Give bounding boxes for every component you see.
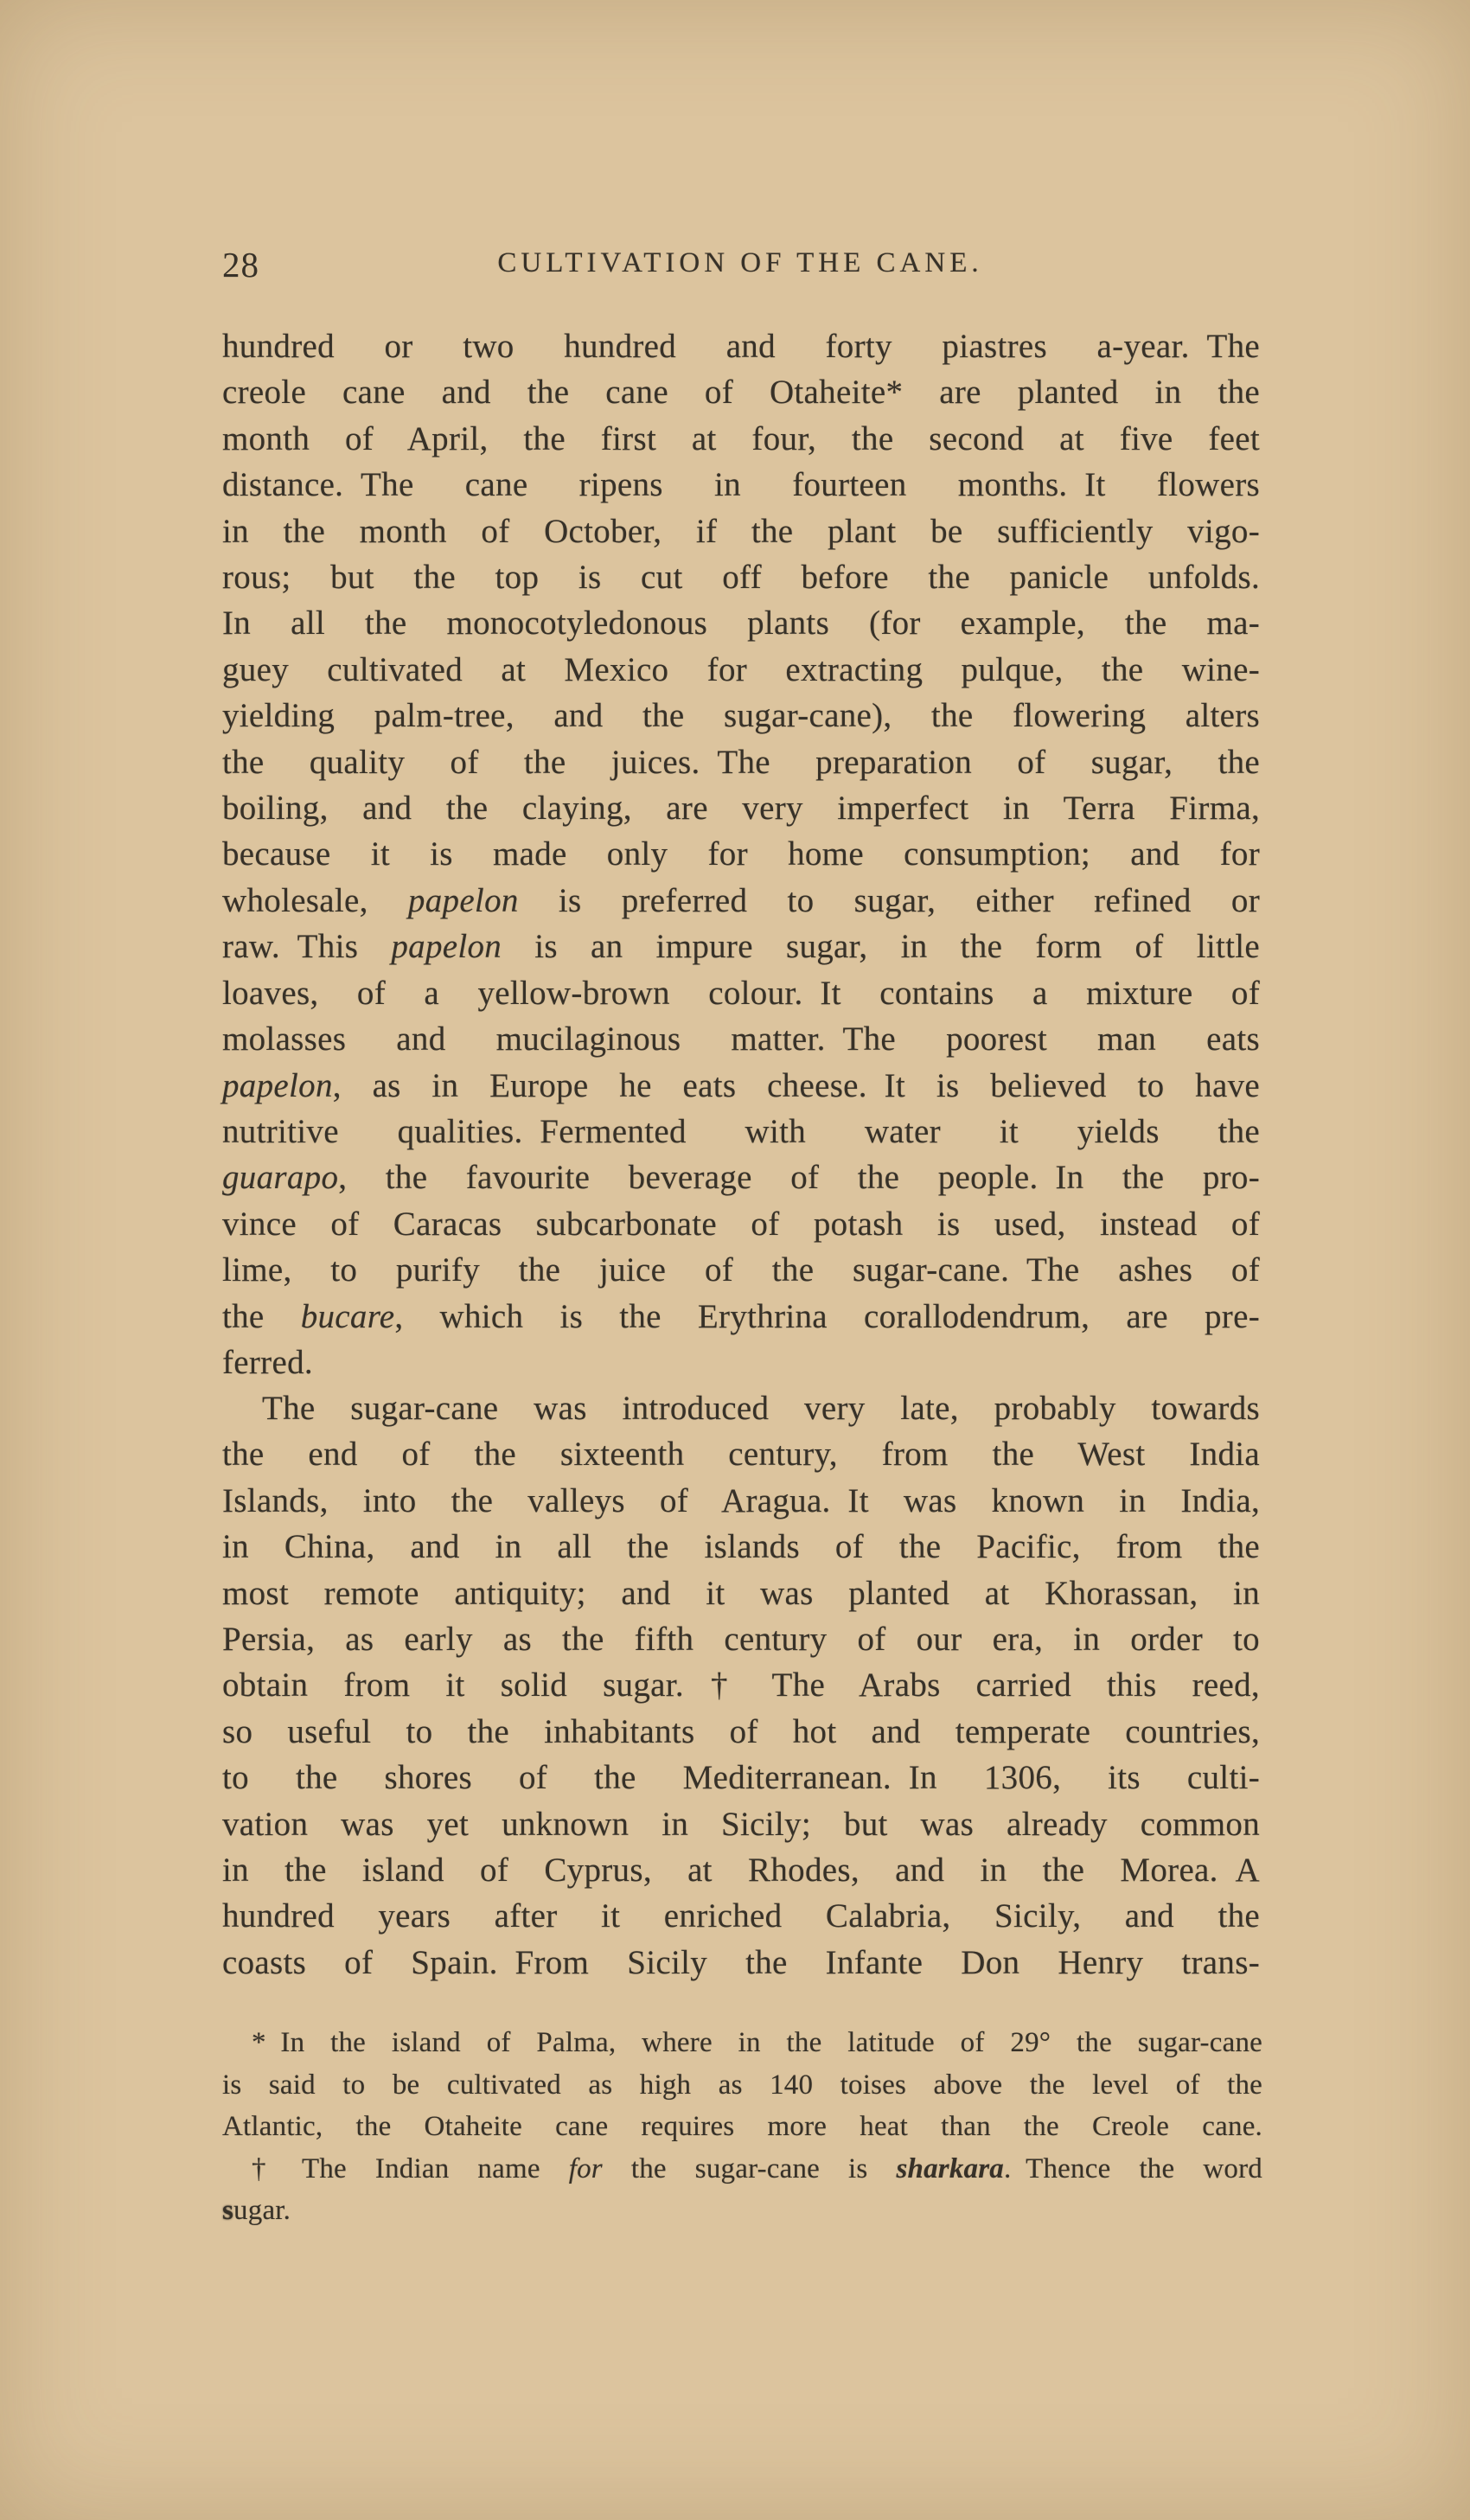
text-line: papelon, as in Europe he eats cheese. It… bbox=[222, 1063, 1260, 1109]
text-line: sugar. bbox=[222, 2190, 1262, 2232]
text-line: month of April, the first at four, the s… bbox=[222, 416, 1260, 462]
text-line: boiling, and the claying, are very imper… bbox=[222, 785, 1260, 831]
page-number: 28 bbox=[222, 244, 259, 285]
text-line: coasts of Spain. From Sicily the Infante… bbox=[222, 1940, 1260, 1986]
text-line: In all the monocotyledonous plants (for … bbox=[222, 600, 1260, 646]
text-line: loaves, of a yellow-brown colour. It con… bbox=[222, 970, 1260, 1016]
text-line: Persia, as early as the fifth century of… bbox=[222, 1616, 1260, 1662]
text-line: distance. The cane ripens in fourteen mo… bbox=[222, 462, 1260, 508]
text-line: in the island of Cyprus, at Rhodes, and … bbox=[222, 1847, 1260, 1893]
text-line: hundred years after it enriched Calabria… bbox=[222, 1893, 1260, 1939]
book-page-scan: 28 CULTIVATION OF THE CANE. hundred or t… bbox=[0, 0, 1470, 2520]
text-line: is said to be cultivated as high as 140 … bbox=[222, 2064, 1262, 2107]
text-line: the quality of the juices. The preparati… bbox=[222, 739, 1260, 785]
text-line: so useful to the inhabitants of hot and … bbox=[222, 1709, 1260, 1755]
text-line: to the shores of the Mediterranean. In 1… bbox=[222, 1755, 1260, 1800]
text-line: because it is made only for home consump… bbox=[222, 831, 1260, 877]
text-line: * In the island of Palma, where in the l… bbox=[222, 2022, 1262, 2064]
text-line: † The Indian name for the sugar-cane is … bbox=[222, 2148, 1262, 2191]
text-line: vince of Caracas subcarbonate of potash … bbox=[222, 1201, 1260, 1247]
text-line: the bucare, which is the Erythrina coral… bbox=[222, 1294, 1260, 1340]
text-line: in China, and in all the islands of the … bbox=[222, 1524, 1260, 1570]
page-header: 28 CULTIVATION OF THE CANE. bbox=[222, 244, 1258, 296]
text-line: wholesale, papelon is preferred to sugar… bbox=[222, 878, 1260, 924]
text-line: molasses and mucilaginous matter. The po… bbox=[222, 1016, 1260, 1062]
text-line: rous; but the top is cut off before the … bbox=[222, 554, 1260, 600]
text-line: most remote antiquity; and it was plante… bbox=[222, 1570, 1260, 1616]
text-line: guey cultivated at Mexico for extracting… bbox=[222, 647, 1260, 693]
text-line: hundred or two hundred and forty piastre… bbox=[222, 323, 1260, 369]
text-line: lime, to purify the juice of the sugar-c… bbox=[222, 1247, 1260, 1293]
text-line: yielding palm-tree, and the sugar-cane),… bbox=[222, 693, 1260, 739]
text-line: guarapo, the favourite beverage of the p… bbox=[222, 1154, 1260, 1200]
body-paragraph-sugar-history: The sugar-cane was introduced very late,… bbox=[222, 1385, 1260, 1986]
text-line: Atlantic, the Otaheite cane requires mor… bbox=[222, 2106, 1262, 2148]
text-line: Islands, into the valleys of Aragua. It … bbox=[222, 1478, 1260, 1524]
text-line: creole cane and the cane of Otaheite* ar… bbox=[222, 369, 1260, 415]
body-paragraph-continuation: hundred or two hundred and forty piastre… bbox=[222, 323, 1260, 1385]
text-line: ferred. bbox=[222, 1340, 1260, 1385]
footnotes-block: * In the island of Palma, where in the l… bbox=[222, 2022, 1262, 2232]
text-line: nutritive qualities. Fermented with wate… bbox=[222, 1109, 1260, 1154]
text-line: vation was yet unknown in Sicily; but wa… bbox=[222, 1801, 1260, 1847]
text-line: in the month of October, if the plant be… bbox=[222, 508, 1260, 554]
text-line: the end of the sixteenth century, from t… bbox=[222, 1431, 1260, 1477]
text-line: obtain from it solid sugar.† The Arabs c… bbox=[222, 1662, 1260, 1708]
text-line: The sugar-cane was introduced very late,… bbox=[222, 1385, 1260, 1431]
text-line: raw. This papelon is an impure sugar, in… bbox=[222, 924, 1260, 969]
running-title: CULTIVATION OF THE CANE. bbox=[222, 244, 1258, 279]
